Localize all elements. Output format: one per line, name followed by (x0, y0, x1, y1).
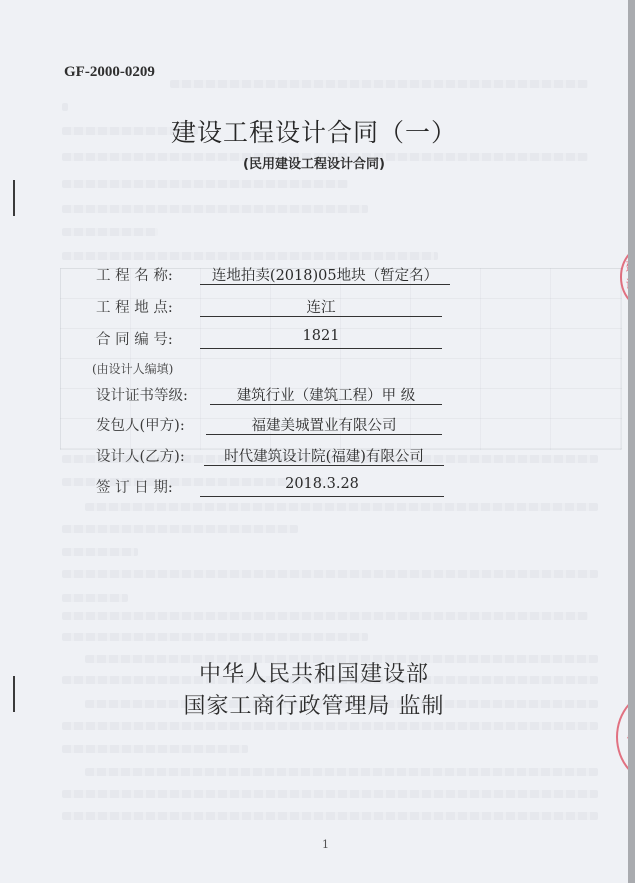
field-label: 设计人(乙方): (96, 445, 185, 466)
contract-number-note: (由设计人编填) (92, 360, 173, 377)
field-label: 合 同 编 号: (96, 328, 173, 349)
field-label: 设计证书等级: (96, 384, 188, 405)
bleed-through-line (62, 103, 68, 111)
bleed-through-line (62, 594, 128, 602)
bleed-through-line (62, 633, 368, 641)
issuer-line-1: 中华人民共和国建设部 (0, 657, 628, 688)
field-label: 签 订 日 期: (96, 476, 173, 497)
field-value: 2018.3.28 (200, 476, 444, 497)
bleed-through-line (62, 180, 348, 188)
bleed-through-line (62, 745, 248, 753)
bleed-through-line (170, 80, 588, 88)
bleed-through-line (85, 768, 598, 776)
document-code: GF-2000-0209 (64, 64, 155, 81)
field-label: 工 程 名 称: (96, 264, 173, 285)
bleed-through-line (62, 612, 588, 620)
field-value: 连江 (200, 296, 442, 317)
document-page: GF-2000-0209 建设工程设计合同（一） (民用建设工程设计合同) 工 … (0, 0, 628, 883)
bleed-through-line (85, 503, 598, 511)
page-edge-shadow (628, 0, 635, 883)
binding-mark (13, 180, 15, 216)
bleed-through-line (62, 722, 598, 730)
field-value: 1821 (200, 328, 442, 349)
field-value: 连地拍卖(2018)05地块（暂定名） (200, 264, 450, 285)
field-label: 工 程 地 点: (96, 296, 173, 317)
document-subtitle: (民用建设工程设计合同) (0, 153, 628, 172)
bleed-through-line (62, 228, 158, 236)
issuer-line-2: 国家工商行政管理局 监制 (0, 689, 628, 720)
bleed-through-line (62, 790, 598, 798)
document-title: 建设工程设计合同（一） (0, 113, 628, 149)
field-value: 时代建筑设计院(福建)有限公司 (204, 445, 444, 466)
bleed-through-line (62, 570, 598, 578)
bleed-through-line (62, 812, 598, 820)
field-label: 发包人(甲方): (96, 414, 185, 435)
field-value: 福建美城置业有限公司 (206, 414, 442, 435)
bleed-through-line (62, 205, 368, 213)
bleed-through-line (62, 548, 138, 556)
field-value: 建筑行业（建筑工程）甲 级 (210, 384, 442, 405)
bleed-through-line (62, 525, 298, 533)
bleed-through-line (62, 252, 438, 260)
page-number: 1 (322, 838, 329, 851)
